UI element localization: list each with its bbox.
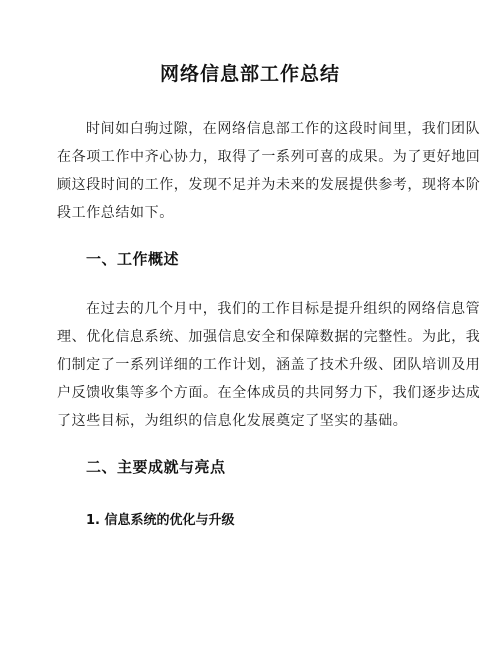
section-heading-overview: 一、工作概述 — [86, 248, 179, 270]
intro-line: 时间如白驹过隙，在网络信息部工作的这段时间里，我们团队 — [86, 119, 476, 139]
document-page: 网络信息部工作总结 时间如白驹过隙，在网络信息部工作的这段时间里，我们团队 在各… — [0, 0, 500, 647]
intro-line: 顾这段时间的工作，发现不足并为未来的发展提供参考，现将本阶 — [57, 175, 447, 195]
intro-line: 段工作总结如下。 — [57, 203, 447, 223]
intro-line: 在各项工作中齐心协力，取得了一系列可喜的成果。为了更好地回 — [57, 147, 447, 167]
subheading-system-optimization: 1. 信息系统的优化与升级 — [86, 511, 235, 531]
overview-line: 在过去的几个月中，我们的工作目标是提升组织的网络信息管 — [86, 299, 476, 319]
overview-line: 们制定了一系列详细的工作计划，涵盖了技术升级、团队培训及用 — [57, 355, 447, 375]
overview-line: 理、优化信息系统、加强信息安全和保障数据的完整性。为此，我 — [57, 327, 447, 347]
overview-line: 了这些目标，为组织的信息化发展奠定了坚实的基础。 — [57, 411, 447, 431]
section-heading-achievements: 二、主要成就与亮点 — [86, 456, 226, 478]
document-title: 网络信息部工作总结 — [0, 61, 500, 87]
overview-line: 户反馈收集等多个方面。在全体成员的共同努力下，我们逐步达成 — [57, 383, 447, 403]
